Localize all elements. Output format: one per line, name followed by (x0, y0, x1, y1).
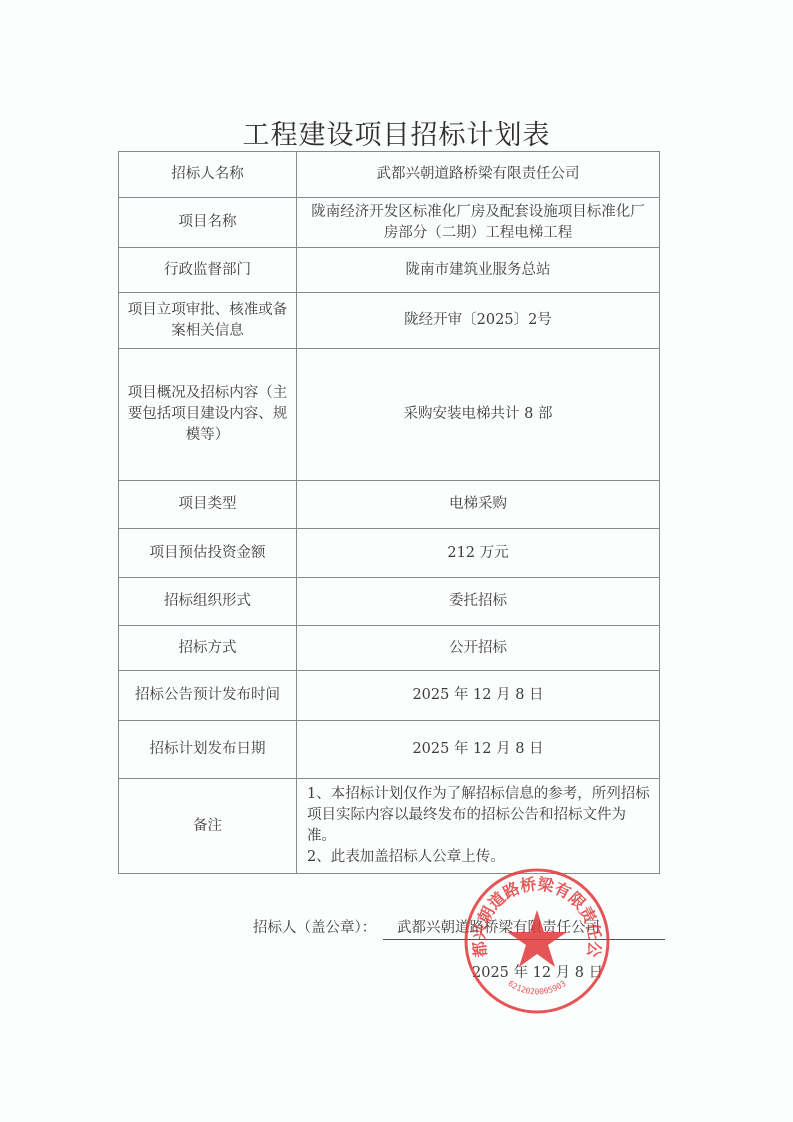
note-line: 2、此表加盖招标人公章上传。 (307, 847, 651, 868)
notes-label: 备注 (119, 779, 297, 874)
table-row: 项目类型电梯采购 (119, 481, 660, 529)
table-row: 项目预估投资金额212 万元 (119, 529, 660, 578)
row-value: 2025 年 12 月 8 日 (297, 721, 660, 779)
row-label: 行政监督部门 (119, 248, 297, 293)
row-value: 2025 年 12 月 8 日 (297, 671, 660, 721)
row-value: 委托招标 (297, 578, 660, 626)
row-value: 陇经开审〔2025〕2号 (297, 293, 660, 349)
table-row: 招标人名称武都兴朝道路桥梁有限责任公司 (119, 152, 660, 198)
table-row: 招标方式公开招标 (119, 626, 660, 671)
row-value: 武都兴朝道路桥梁有限责任公司 (297, 152, 660, 198)
signature-label: 招标人（盖公章）： (253, 916, 376, 937)
table-row: 招标组织形式委托招标 (119, 578, 660, 626)
row-value: 公开招标 (297, 626, 660, 671)
svg-text:6212020005903: 6212020005903 (506, 979, 567, 996)
row-value: 212 万元 (297, 529, 660, 578)
row-label: 项目名称 (119, 198, 297, 248)
table-row: 招标计划发布日期2025 年 12 月 8 日 (119, 721, 660, 779)
stamp-code: 6212020005903 (506, 979, 567, 996)
table-row: 行政监督部门陇南市建筑业服务总站 (119, 248, 660, 293)
row-label: 项目预估投资金额 (119, 529, 297, 578)
row-value: 采购安装电梯共计 8 部 (297, 349, 660, 481)
row-value: 电梯采购 (297, 481, 660, 529)
table-row: 招标公告预计发布时间2025 年 12 月 8 日 (119, 671, 660, 721)
notes-row: 备注1、本招标计划仅作为了解招标信息的参考，所列招标项目实际内容以最终发布的招标… (119, 779, 660, 874)
row-label: 招标计划发布日期 (119, 721, 297, 779)
notes-content: 1、本招标计划仅作为了解招标信息的参考，所列招标项目实际内容以最终发布的招标公告… (297, 779, 660, 874)
row-value: 陇南经济开发区标准化厂房及配套设施项目标准化厂房部分（二期）工程电梯工程 (297, 198, 660, 248)
row-label: 项目立项审批、核准或备案相关信息 (119, 293, 297, 349)
tender-plan-table: 招标人名称武都兴朝道路桥梁有限责任公司项目名称陇南经济开发区标准化厂房及配套设施… (118, 151, 660, 874)
note-line: 1、本招标计划仅作为了解招标信息的参考，所列招标项目实际内容以最终发布的招标公告… (307, 784, 651, 847)
row-label: 招标人名称 (119, 152, 297, 198)
table-row: 项目概况及招标内容（主要包括项目建设内容、规模等）采购安装电梯共计 8 部 (119, 349, 660, 481)
row-label: 招标公告预计发布时间 (119, 671, 297, 721)
company-seal-icon: 武都兴朝道路桥梁有限责任公司 6212020005903 (462, 866, 612, 1016)
row-label: 招标组织形式 (119, 578, 297, 626)
row-label: 项目概况及招标内容（主要包括项目建设内容、规模等） (119, 349, 297, 481)
table-row: 项目立项审批、核准或备案相关信息陇经开审〔2025〕2号 (119, 293, 660, 349)
signature-block: 招标人（盖公章）： 武都兴朝道路桥梁有限责任公司 (253, 916, 376, 937)
row-value: 陇南市建筑业服务总站 (297, 248, 660, 293)
table-row: 项目名称陇南经济开发区标准化厂房及配套设施项目标准化厂房部分（二期）工程电梯工程 (119, 198, 660, 248)
row-label: 项目类型 (119, 481, 297, 529)
row-label: 招标方式 (119, 626, 297, 671)
document-title: 工程建设项目招标计划表 (0, 113, 793, 152)
